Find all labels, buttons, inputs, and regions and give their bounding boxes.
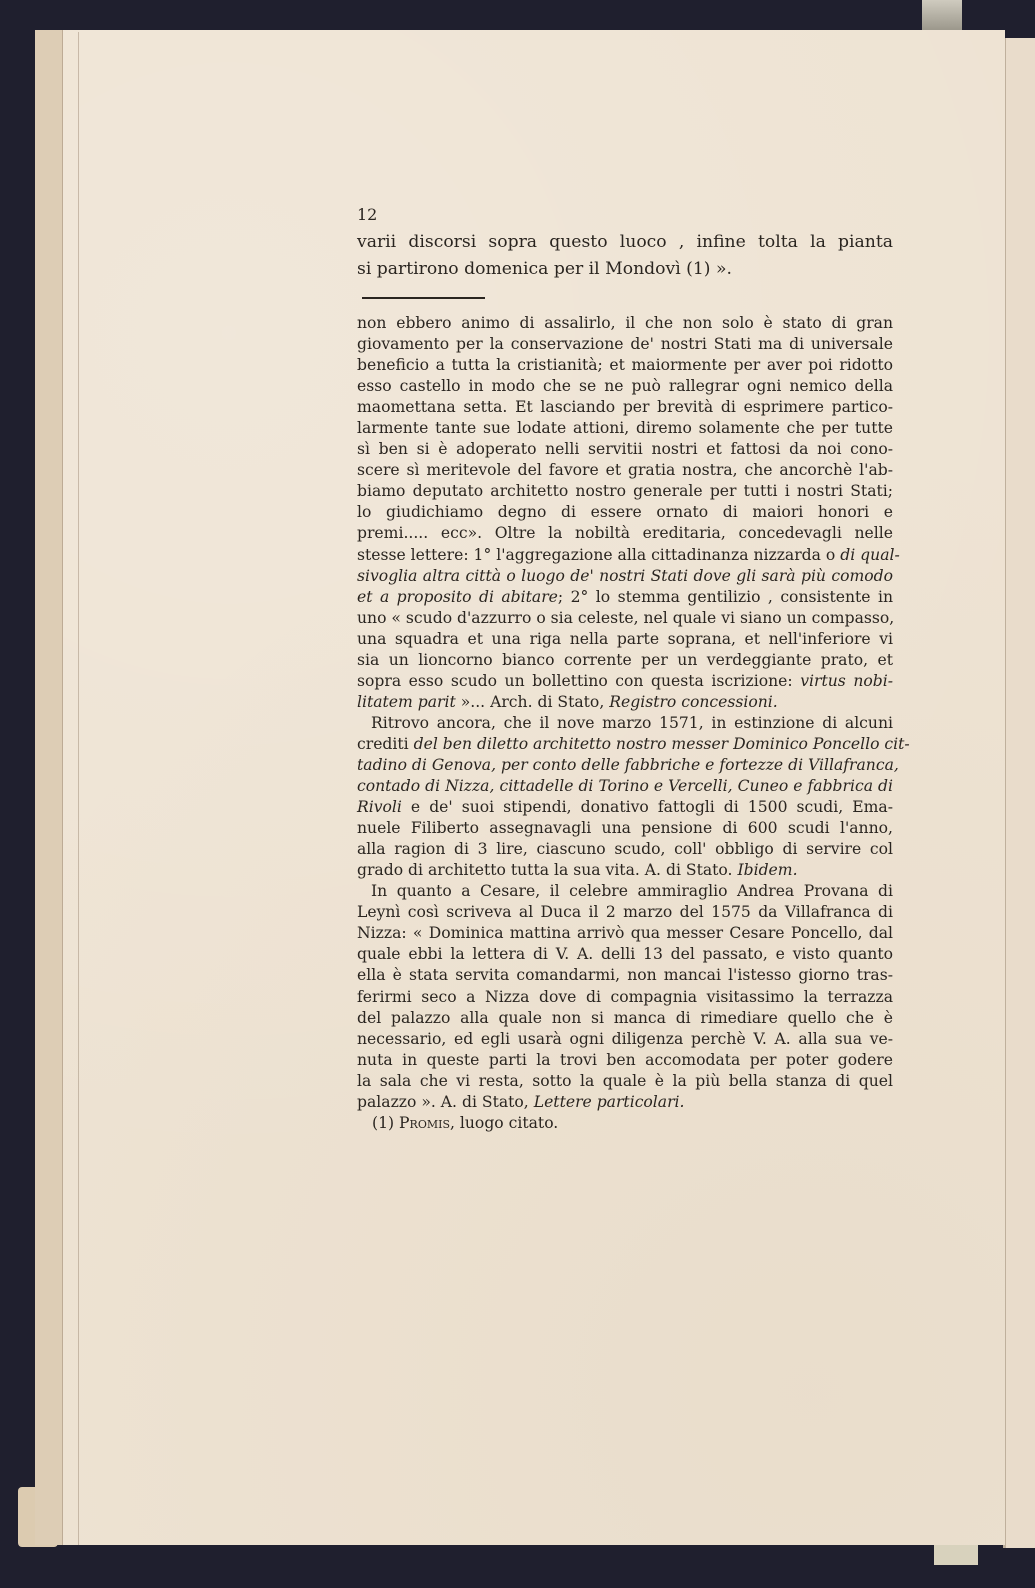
text-segment: nuele Filiberto assegnavagli una pension… bbox=[357, 819, 893, 837]
text-segment: larmente tante sue lodate attioni, direm… bbox=[357, 419, 893, 437]
text-segment: stesse lettere: 1° l'aggregazione alla c… bbox=[357, 546, 840, 564]
text-segment: sopra esso scudo un bollettino con quest… bbox=[357, 672, 800, 690]
text-segment: nuta in queste parti la trovi ben accomo… bbox=[357, 1051, 893, 1069]
text-segment: uno « scudo d'azzurro o sia celeste, nel… bbox=[357, 609, 894, 627]
text-line: non ebbero animo di assalirlo, il che no… bbox=[357, 313, 893, 334]
text-line: biamo deputato architetto nostro general… bbox=[357, 481, 893, 502]
binding-clip-bottom bbox=[934, 1545, 978, 1565]
text-line: litatem parit »... Arch. di Stato, Regis… bbox=[357, 692, 893, 713]
text-segment: Nizza: « Dominica mattina arrivò qua mes… bbox=[357, 924, 893, 942]
italic-text: Rivoli bbox=[357, 798, 402, 816]
text-line: crediti del ben diletto architetto nostr… bbox=[357, 734, 893, 755]
text-segment: sia un lioncorno bianco corrente per un … bbox=[357, 651, 893, 669]
footnote: (1) Promis, luogo citato. bbox=[357, 1113, 893, 1134]
text-segment: scere sì meritevole del favore et gratia… bbox=[357, 461, 893, 479]
footnote-author: Promis bbox=[399, 1114, 450, 1132]
text-line: grado di architetto tutta la sua vita. A… bbox=[357, 860, 893, 881]
text-segment: biamo deputato architetto nostro general… bbox=[357, 482, 893, 500]
page-number: 12 bbox=[357, 205, 377, 224]
text-line: Nizza: « Dominica mattina arrivò qua mes… bbox=[357, 923, 893, 944]
text-line: alla ragion di 3 lire, ciascuno scudo, c… bbox=[357, 839, 893, 860]
text-line: premi..... ecc». Oltre la nobiltà eredit… bbox=[357, 523, 893, 544]
text-segment: »... Arch. di Stato, bbox=[456, 693, 609, 711]
italic-text: Ibidem. bbox=[737, 861, 797, 879]
footnote-text: , luogo citato. bbox=[450, 1114, 558, 1132]
text-line: nuta in queste parti la trovi ben accomo… bbox=[357, 1050, 893, 1071]
italic-text: sivoglia altra città o luogo de' nostri … bbox=[357, 567, 893, 585]
text-line: Rivoli e de' suoi stipendi, donativo fat… bbox=[357, 797, 893, 818]
text-segment: non ebbero animo di assalirlo, il che no… bbox=[357, 314, 893, 332]
text-line: sì ben si è adoperato nelli servitii nos… bbox=[357, 439, 893, 460]
text-line: si partirono domenica per il Mondovì (1)… bbox=[357, 256, 893, 283]
text-segment: alla ragion di 3 lire, ciascuno scudo, c… bbox=[357, 840, 893, 858]
text-segment: Ritrovo ancora, che il nove marzo 1571, … bbox=[371, 714, 893, 732]
text-segment: Leynì così scriveva al Duca il 2 marzo d… bbox=[357, 903, 893, 921]
text-segment: beneficio a tutta la cristianità; et mai… bbox=[357, 356, 893, 374]
text-line: palazzo ». A. di Stato, Lettere particol… bbox=[357, 1092, 893, 1113]
italic-text: di qual- bbox=[840, 546, 900, 564]
text-line: Leynì così scriveva al Duca il 2 marzo d… bbox=[357, 902, 893, 923]
page-edge-line bbox=[62, 30, 63, 1545]
text-segment: ; 2° lo stemma gentilizio , consistente … bbox=[558, 588, 893, 606]
text-line: maomettana setta. Et lasciando per brevi… bbox=[357, 397, 893, 418]
text-line: scere sì meritevole del favore et gratia… bbox=[357, 460, 893, 481]
text-segment: crediti bbox=[357, 735, 414, 753]
text-segment: necessario, ed egli usarà ogni diligenza… bbox=[357, 1030, 893, 1048]
text-line: beneficio a tutta la cristianità; et mai… bbox=[357, 355, 893, 376]
text-line: In quanto a Cesare, il celebre ammiragli… bbox=[357, 881, 893, 902]
opening-paragraph: varii discorsi sopra questo luoco , infi… bbox=[357, 229, 893, 283]
text-segment: giovamento per la conservazione de' nost… bbox=[357, 335, 893, 353]
text-segment: maomettana setta. Et lasciando per brevi… bbox=[357, 398, 893, 416]
text-segment: premi..... ecc». Oltre la nobiltà eredit… bbox=[357, 524, 893, 542]
text-line: Ritrovo ancora, che il nove marzo 1571, … bbox=[357, 713, 893, 734]
footnote-marker: (1) bbox=[372, 1114, 399, 1132]
text-segment: sì ben si è adoperato nelli servitii nos… bbox=[357, 440, 893, 458]
text-segment: del palazzo alla quale non si manca di r… bbox=[357, 1009, 893, 1027]
text-line: stesse lettere: 1° l'aggregazione alla c… bbox=[357, 545, 893, 566]
binding-clip bbox=[922, 0, 962, 30]
text-line: lo giudichiamo degno di essere ornato di… bbox=[357, 502, 893, 523]
text-line: et a proposito di abitare; 2° lo stemma … bbox=[357, 587, 893, 608]
text-line: tadino di Genova, per conto delle fabbri… bbox=[357, 755, 893, 776]
text-line: uno « scudo d'azzurro o sia celeste, nel… bbox=[357, 608, 893, 629]
text-line: ferirmi seco a Nizza dove di compagnia v… bbox=[357, 987, 893, 1008]
text-line: esso castello in modo che se ne può rall… bbox=[357, 376, 893, 397]
italic-text: contado di Nizza, cittadelle di Torino e… bbox=[357, 777, 893, 795]
page-left-margin-shade bbox=[35, 30, 63, 1545]
text-line: quale ebbi la lettera di V. A. delli 13 … bbox=[357, 944, 893, 965]
italic-text: Registro concessioni. bbox=[609, 693, 778, 711]
text-line: sia un lioncorno bianco corrente per un … bbox=[357, 650, 893, 671]
text-segment: ferirmi seco a Nizza dove di compagnia v… bbox=[357, 988, 893, 1006]
italic-text: del ben diletto architetto nostro messer… bbox=[414, 735, 910, 753]
text-line: nuele Filiberto assegnavagli una pension… bbox=[357, 818, 893, 839]
text-line: giovamento per la conservazione de' nost… bbox=[357, 334, 893, 355]
text-segment: lo giudichiamo degno di essere ornato di… bbox=[357, 503, 893, 521]
text-line: una squadra et una riga nella parte sopr… bbox=[357, 629, 893, 650]
text-line: larmente tante sue lodate attioni, direm… bbox=[357, 418, 893, 439]
text-segment: palazzo ». A. di Stato, bbox=[357, 1093, 534, 1111]
text-segment: esso castello in modo che se ne può rall… bbox=[357, 377, 893, 395]
italic-text: virtus nobi- bbox=[800, 672, 893, 690]
text-segment: grado di architetto tutta la sua vita. A… bbox=[357, 861, 737, 879]
text-segment: ella è stata servita comandarmi, non man… bbox=[357, 966, 893, 984]
text-line: ella è stata servita comandarmi, non man… bbox=[357, 965, 893, 986]
text-line: necessario, ed egli usarà ogni diligenza… bbox=[357, 1029, 893, 1050]
footnote-body: non ebbero animo di assalirlo, il che no… bbox=[357, 313, 893, 1134]
italic-text: litatem parit bbox=[357, 693, 456, 711]
text-line: del palazzo alla quale non si manca di r… bbox=[357, 1008, 893, 1029]
text-segment: quale ebbi la lettera di V. A. delli 13 … bbox=[357, 945, 893, 963]
italic-text: tadino di Genova, per conto delle fabbri… bbox=[357, 756, 899, 774]
page-edge-line bbox=[78, 32, 79, 1545]
text-line: sivoglia altra città o luogo de' nostri … bbox=[357, 566, 893, 587]
text-segment: una squadra et una riga nella parte sopr… bbox=[357, 630, 893, 648]
text-line: varii discorsi sopra questo luoco , infi… bbox=[357, 229, 893, 256]
footnote-separator-rule bbox=[362, 297, 485, 299]
text-segment: la sala che vi resta, sotto la quale è l… bbox=[357, 1072, 893, 1090]
text-segment: In quanto a Cesare, il celebre ammiragli… bbox=[371, 882, 893, 900]
text-line: sopra esso scudo un bollettino con quest… bbox=[357, 671, 893, 692]
italic-text: Lettere particolari. bbox=[534, 1093, 685, 1111]
text-line: la sala che vi resta, sotto la quale è l… bbox=[357, 1071, 893, 1092]
text-segment: e de' suoi stipendi, donativo fattogli d… bbox=[402, 798, 893, 816]
italic-text: et a proposito di abitare bbox=[357, 588, 558, 606]
adjacent-page-edge bbox=[1003, 38, 1035, 1548]
text-line: contado di Nizza, cittadelle di Torino e… bbox=[357, 776, 893, 797]
